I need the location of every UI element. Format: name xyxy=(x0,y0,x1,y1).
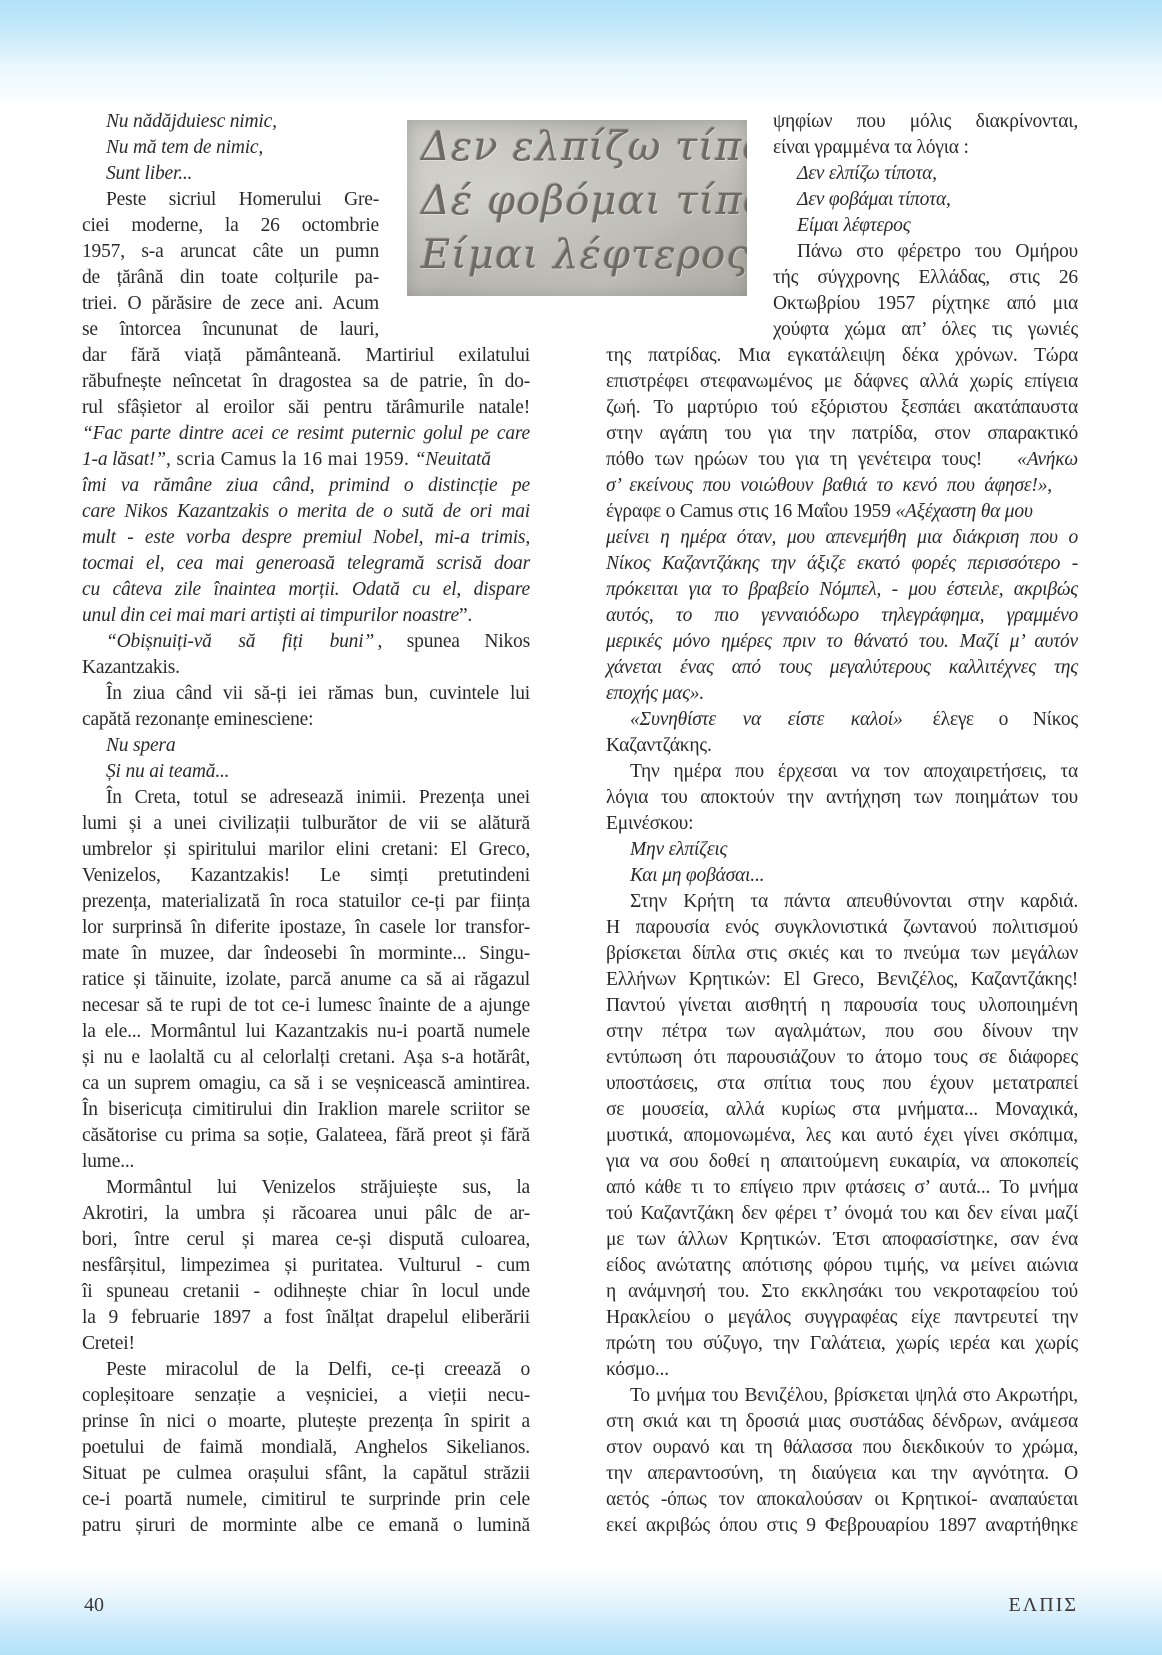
text-line: copleșitoare senzație a veșniciei, a vie… xyxy=(82,1383,530,1409)
text-line: lor surprinsă în diferite ipostaze, în c… xyxy=(82,915,530,941)
text-line: triei. O părăsire de zece ani. Acum xyxy=(82,291,379,317)
text-line: επιστρέφει στεφανωμένος με δάφνες αλλά χ… xyxy=(606,369,1078,395)
text-line: στη σκιά και τη δροσιά μιας συστάδας δέν… xyxy=(606,1409,1078,1435)
text-line: Mormântul lui Venizelos străjuiește sus,… xyxy=(106,1175,530,1201)
poem-line: Δεν φοβάμαι τίποτα, xyxy=(797,187,951,213)
text-line: ciei moderne, la 26 octombrie xyxy=(82,213,379,239)
text-line: βρίσκεται δίπλα στις σκιές και το πνεύμα… xyxy=(606,941,1078,967)
text-line: λόγια του αποκτούν την αντήχηση των ποιη… xyxy=(606,785,1078,811)
text-line: έγραφε ο Camus στις 16 Μαΐου 1959 «Αξέχα… xyxy=(606,499,1078,525)
text-line: umbrelor și spiritului marilor elini cre… xyxy=(82,837,530,863)
text-line: Στην Κρήτη τα πάντα απευθύνονται στην κα… xyxy=(630,889,1078,915)
text-line: πρώτη του σύζυγο, την Γαλάτεια, χωρίς ιε… xyxy=(606,1331,1078,1357)
text-line: Peste sicriul Homerului Gre- xyxy=(106,187,379,213)
poem-line: Είμαι λέφτερος xyxy=(797,213,910,239)
poem-line: Și nu ai teamă... xyxy=(106,759,229,785)
quote-line: îmi va rămâne ziua când, primind o disti… xyxy=(82,473,530,499)
poem-line: Δεν ελπίζω τίποτα, xyxy=(797,161,937,187)
quote-fragment: «Αξέχαστη θα μου xyxy=(895,501,1032,522)
poem-line: Nu nădăjduiesc nimic, xyxy=(106,109,277,135)
text-line: είδος ανώτατης απότισης φόρου τιμής, να … xyxy=(606,1253,1078,1279)
quote-line: χάνεται ένας από τους μεγαλύτερους καλλι… xyxy=(606,655,1078,681)
text-line: dar fără viață pământeană. Martiriul exi… xyxy=(82,343,530,369)
text-line: prinse în nici o moarte, plutește prezen… xyxy=(82,1409,530,1435)
quote-line: unul din cei mai mari artiști ai timpuri… xyxy=(82,603,472,629)
text-line: În Creta, totul se adresează inimii. Pre… xyxy=(106,785,530,811)
text-line: nesfârșitul, limpezimea și puritatea. Vu… xyxy=(82,1253,530,1279)
quote-line: πρόκειται για το βραβείο Νόμπελ, - μου έ… xyxy=(606,577,1078,603)
text-line: rul sfâșietor al eroilor săi pentru tărâ… xyxy=(82,395,530,421)
poem-line: Nu spera xyxy=(106,733,175,759)
quote-line: “Fac parte dintre acei ce resimt puterni… xyxy=(82,421,530,447)
text-line: αετός -όπως τον αποκαλούσαν οι Κρητικοί-… xyxy=(606,1487,1078,1513)
text-line: Οκτωβρίου 1957 ρίχτηκε από μια xyxy=(773,291,1078,317)
text-line: la ele... Mormântul lui Kazantzakis nu-i… xyxy=(82,1019,530,1045)
footer-gradient-band xyxy=(0,1570,1162,1655)
text-line: de țărână din toate colțurile pa- xyxy=(82,265,379,291)
text-line: Venizelos, Kazantzakis! Le simți pretuti… xyxy=(82,863,530,889)
quote-line: tocmai el, cea mai generoasă telegramă s… xyxy=(82,551,530,577)
inscription-line: Είμαι λέφτερος xyxy=(421,232,747,278)
text-line: Καζαντζάκης. xyxy=(606,733,712,759)
quote-line: εποχής μας». xyxy=(606,681,704,707)
text-fragment: έγραφε ο Camus στις 16 Μαΐου 1959 xyxy=(606,501,895,522)
header-gradient-band xyxy=(0,0,1162,110)
text-line: Kazantzakis. xyxy=(82,655,180,681)
text-line: κόσμο... xyxy=(606,1357,669,1383)
text-line: Παντού γίνεται αισθητή η παρουσία τους υ… xyxy=(606,993,1078,1019)
text-line: Peste miracolul de la Delfi, ce-ți creea… xyxy=(106,1357,530,1383)
quote-fragment: “Neuitată xyxy=(415,449,491,470)
text-line: Εμινέσκου: xyxy=(606,811,693,837)
poem-line: Και μη φοβάσαι... xyxy=(630,863,764,889)
quote-fragment: «Ανήκω xyxy=(1017,447,1078,473)
text-line: με των άλλων Κρητικών. Έτσι αποφασίστηκε… xyxy=(606,1227,1078,1253)
text-line: την απεραντοσύνη, τη διαύγεια και την αγ… xyxy=(606,1461,1078,1487)
text-line: capătă rezonanțe eminesciene: xyxy=(82,707,313,733)
text-line: 1-a lăsat!”, scria Camus la 16 mai 1959.… xyxy=(82,447,530,473)
text-line: ratice și tăinuite, izolate, parcă anume… xyxy=(82,967,530,993)
text-line: της πατρίδας. Μια εγκατάλειψη δέκα χρόνω… xyxy=(606,343,1078,369)
text-line: căsătorise cu prima sa soție, Galateea, … xyxy=(82,1123,530,1149)
text-line: și nu e laolaltă cu al celorlalți cretan… xyxy=(82,1045,530,1071)
text-line: necesar să te rupi de tot ce-i lumesc în… xyxy=(82,993,530,1019)
quote-fragment: «Συνηθίστε να είστε καλοί» xyxy=(630,707,903,733)
text-line: Την ημέρα που έρχεσαι να τον αποχαιρετήσ… xyxy=(630,759,1078,785)
poem-line: Μην ελπίζεις xyxy=(630,837,727,863)
text-line: 1957, s-a aruncat câte un pumn xyxy=(82,239,379,265)
text-line: Πάνω στο φέρετρο του Ομήρου xyxy=(797,239,1078,265)
text-line: υποστάσεις, στα σπίτια τους που έχουν με… xyxy=(606,1071,1078,1097)
text-line: στον ουρανό και τη θάλασσα που διεκδικού… xyxy=(606,1435,1078,1461)
quote-fragment: 1-a lăsat!” xyxy=(82,449,166,470)
text-line: Akrotiri, la umbra și răcoarea unui pâlc… xyxy=(82,1201,530,1227)
text-fragment: πόθο των ηρώων του για τη γενέτειρα τους… xyxy=(606,447,982,473)
text-fragment: έλεγε ο Νίκος xyxy=(933,707,1078,733)
text-line: μυστικά, απομονωμένα, λες και αυτό έχει … xyxy=(606,1123,1078,1149)
text-line: τού Καζαντζάκη δεν φέρει τ’ όνομά του κα… xyxy=(606,1201,1078,1227)
inscription-line: Δέ φοβόμαι τίποτα xyxy=(421,178,747,224)
text-line: πόθο των ηρώων του για τη γενέτειρα τους… xyxy=(606,447,1078,473)
text-line: στην πέτρα των αγαλμάτων, που σου δίνουν… xyxy=(606,1019,1078,1045)
poem-line: Nu mă tem de nimic, xyxy=(106,135,263,161)
quote-line: σ’ εκείνους που νοιώθουν βαθιά το κενό π… xyxy=(606,473,1078,499)
text-line: îi spuneau cretanii - odihnește chiar în… xyxy=(82,1279,530,1305)
text-line: Cretei! xyxy=(82,1331,135,1357)
quote-line: αυτός, το πιο γενναιόδωρο τηλεγράφημα, γ… xyxy=(606,603,1078,629)
text-line: “Obișnuiți-vă să fiți buni”, spunea Niko… xyxy=(106,629,530,655)
text-fragment: ”. xyxy=(459,605,472,626)
quote-fragment: “Obișnuiți-vă să fiți buni” xyxy=(106,629,374,655)
quote-fragment: unul din cei mai mari artiști ai timpuri… xyxy=(82,605,459,626)
text-line: Ελλήνων Κρητικών: El Greco, Βενιζέλος, Κ… xyxy=(606,967,1078,993)
quote-line: mult - este vorba despre premiul Nobel, … xyxy=(82,525,530,551)
text-line: «Συνηθίστε να είστε καλοί» έλεγε ο Νίκος xyxy=(630,707,1078,733)
text-fragment: , scria Camus la 16 mai 1959. xyxy=(166,449,415,470)
quote-line: cu câteva zile înaintea morții. Odată cu… xyxy=(82,577,530,603)
text-line: ca un suprem omagiu, ca să i se veșnicea… xyxy=(82,1071,530,1097)
text-line: lume... xyxy=(82,1149,134,1175)
text-line: τής σύγχρονης Ελλάδας, στις 26 xyxy=(773,265,1078,291)
text-line: από κάθε τι το επίγειο πριν φτάσεις σ’ α… xyxy=(606,1175,1078,1201)
text-line: στην αγάπη του για την πατρίδα, στον σπα… xyxy=(606,421,1078,447)
quote-line: μείνει η ημέρα όταν, μου απενεμήθη μια δ… xyxy=(606,525,1078,551)
text-line: Situat pe culmea orașului sfânt, la capă… xyxy=(82,1461,530,1487)
text-line: εκεί ακριβώς όπου στις 9 Φεβρουαρίου 189… xyxy=(606,1513,1078,1539)
text-line: εντύπωση ότι παρουσιάζουν το άτομο τους … xyxy=(606,1045,1078,1071)
text-fragment: , xyxy=(1047,475,1052,496)
text-line: ζωή. Το μαρτύριο τού εξόριστου ξεσπάει α… xyxy=(606,395,1078,421)
text-fragment: , spunea Nikos xyxy=(377,629,530,655)
text-line: χούφτα χώμα απ’ όλες τις γωνιές xyxy=(773,317,1078,343)
text-line: la 9 februarie 1897 a fost înălțat drape… xyxy=(82,1305,530,1331)
text-line: lumi și a unei civilizații tulburător de… xyxy=(82,811,530,837)
inscription-line: Δεν ελπίζω τίποτα xyxy=(421,124,747,170)
quote-line: care Nikos Kazantzakis o merita de o sut… xyxy=(82,499,530,525)
text-line: În ziua când vii să-ți iei rămas bun, cu… xyxy=(106,681,530,707)
text-line: prezența, materializată în roca statuilo… xyxy=(82,889,530,915)
stone-inscription-photo: Δεν ελπίζω τίποτα Δέ φοβόμαι τίποτα Είμα… xyxy=(407,120,747,296)
text-line: η ανάμνησή του. Στο εκκλησάκι του νεκροτ… xyxy=(606,1279,1078,1305)
running-title: ΕΛΠΙΣ xyxy=(1009,1594,1078,1617)
text-line: mate în muzee, dar îndeosebi în morminte… xyxy=(82,941,530,967)
text-line: se întorcea încununat de lauri, xyxy=(82,317,379,343)
text-line: bori, între cerul și marea ce-și dispută… xyxy=(82,1227,530,1253)
quote-line: μερικές μόνο ημέρες πριν το θάνατό του. … xyxy=(606,629,1078,655)
text-line: poetului de faimă mondială, Anghelos Sik… xyxy=(82,1435,530,1461)
text-line: ψηφίων που μόλις διακρίνονται, xyxy=(773,109,1078,135)
quote-fragment: σ’ εκείνους που νοιώθουν βαθιά το κενό π… xyxy=(606,475,1047,496)
text-line: ce-i poartă numele, cimitirul te surprin… xyxy=(82,1487,530,1513)
text-line: Το μνήμα του Βενιζέλου, βρίσκεται ψηλά σ… xyxy=(630,1383,1078,1409)
poem-line: Sunt liber... xyxy=(106,161,192,187)
text-line: σε μουσεία, αλλά κυρίως στα μνήματα... Μ… xyxy=(606,1097,1078,1123)
text-line: patru șiruri de morminte albe ce emană o… xyxy=(82,1513,530,1539)
text-line: Η παρουσία ενός συγκλονιστικά ζωντανού π… xyxy=(606,915,1078,941)
quote-line: Νίκος Καζαντζάκης την άξιζε εκατό φορές … xyxy=(606,551,1078,577)
page-number: 40 xyxy=(84,1594,104,1617)
text-line: În bisericuța cimitirului din Iraklion m… xyxy=(82,1097,530,1123)
text-line: Ηρακλείου ο μεγάλος συγγραφέας είχε παντ… xyxy=(606,1305,1078,1331)
text-line: răbufnește neîncetat în dragostea sa de … xyxy=(82,369,530,395)
text-line: για να σου δοθεί η απαιτούμενη ευκαιρία,… xyxy=(606,1149,1078,1175)
text-line: είναι γραμμένα τα λόγια : xyxy=(773,135,969,161)
